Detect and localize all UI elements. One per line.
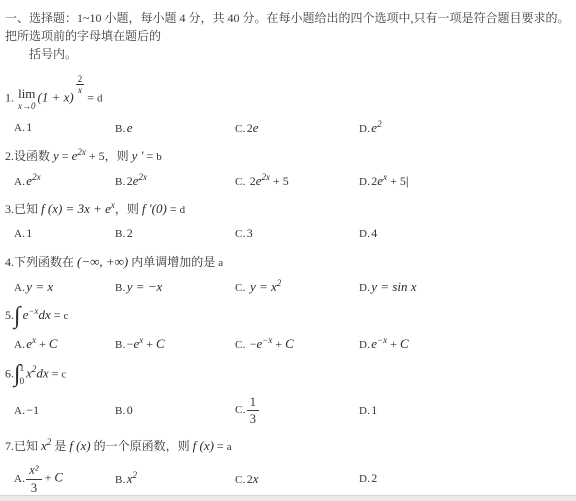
question: 2.设函数 y = e2x + 5，则 y ′ = bA.e2xB.2e2xC.… xyxy=(0,147,576,189)
superscript: x xyxy=(383,172,387,182)
option-b: B.0 xyxy=(115,403,235,419)
option-d: D.2 xyxy=(359,471,576,487)
option-label: C. xyxy=(235,404,246,416)
text-run: 6. xyxy=(5,366,14,380)
math-run: e xyxy=(127,120,133,135)
option-b: B.2e2x xyxy=(115,173,235,189)
text-run: + xyxy=(143,337,156,351)
option-label: C. xyxy=(235,282,246,294)
option-a: A.1 xyxy=(14,120,115,136)
math-run: x xyxy=(41,438,47,453)
text-run: 2 xyxy=(247,174,256,188)
integral-sign: ∫ xyxy=(14,306,21,326)
math-run: (1 + x) xyxy=(38,89,74,104)
option-label: D. xyxy=(359,473,370,485)
options-row: A.x²3 + CB.x2C.2xD.2 xyxy=(5,463,576,495)
math-run: C xyxy=(400,336,409,351)
math-run: y = x xyxy=(26,279,53,294)
text-run: + 5 xyxy=(270,174,289,188)
text-run: + xyxy=(36,337,49,351)
option-c: C.13 xyxy=(235,395,359,427)
option-b: B.y = −x xyxy=(115,279,235,295)
superscript: −x xyxy=(377,335,387,345)
superscript: x xyxy=(139,335,143,345)
document-page[interactable]: 一、选择题：1~10 小题，每小题 4 分，共 40 分。在每小题给出的四个选项… xyxy=(0,0,576,501)
text-run: 1 xyxy=(26,120,32,134)
math-run: f (x) xyxy=(193,438,214,453)
superscript: 2 xyxy=(277,278,282,288)
superscript: 2 xyxy=(32,364,37,374)
option-d: D.y = sin x xyxy=(359,279,576,295)
options-row: A.−1B.0C.13D.1 xyxy=(5,395,576,427)
section-header-line2: 括号内。 xyxy=(5,45,572,63)
typed-answer-letter: d xyxy=(97,92,103,104)
option-label: A. xyxy=(14,282,25,294)
bottom-scrollbar-track xyxy=(0,495,576,501)
text-run: = xyxy=(51,308,64,322)
typed-answer-letter: b xyxy=(156,151,162,163)
fraction-numerator: x² xyxy=(26,463,41,479)
integral: ∫10 xyxy=(14,363,24,386)
fraction: x²3 xyxy=(26,463,41,495)
option-d: D.4 xyxy=(359,226,576,242)
math-run: C xyxy=(156,336,165,351)
text-run: 是 xyxy=(51,439,69,453)
text-run: 1. xyxy=(5,90,17,104)
option-c: C.2e xyxy=(235,120,359,136)
math-run: e xyxy=(253,120,259,135)
text-run: 2 xyxy=(127,226,133,240)
question: 6.∫10x2dx = cA.−1B.0C.13D.1 xyxy=(0,363,576,427)
typed-answer-letter: a xyxy=(227,441,232,453)
question-stem: 5.∫e−xdx = c xyxy=(5,306,576,326)
option-d: D.e−x + C xyxy=(359,336,576,352)
option-label: A. xyxy=(14,473,25,485)
text-run: = xyxy=(167,202,180,216)
fraction-denominator: x xyxy=(76,85,85,95)
typed-answer-letter: c xyxy=(64,310,69,322)
text-run: + xyxy=(272,337,285,351)
text-run: − xyxy=(247,337,257,351)
options-row: A.1B.eC.2eD.e2 xyxy=(5,120,576,136)
superscript: 2x xyxy=(32,172,41,182)
option-label: C. xyxy=(235,339,246,351)
question-stem: 2.设函数 y = e2x + 5，则 y ′ = b xyxy=(5,147,576,164)
options-row: A.1B.2C.3D.4 xyxy=(5,226,576,242)
option-label: A. xyxy=(14,122,25,134)
integral: ∫ xyxy=(14,306,21,326)
option-c: C.2x xyxy=(235,471,359,487)
question-stem: 1. limx→0(1 + x)2x = d xyxy=(5,74,576,111)
fraction: 13 xyxy=(247,395,259,427)
option-label: D. xyxy=(359,176,370,188)
math-run: C xyxy=(285,336,294,351)
question: 4.下列函数在 (−∞, +∞) 内单调增加的是 aA.y = xB.y = −… xyxy=(0,253,576,295)
fraction: 2x xyxy=(76,74,85,96)
option-label: A. xyxy=(14,405,25,417)
section-header: 一、选择题：1~10 小题，每小题 4 分，共 40 分。在每小题给出的四个选项… xyxy=(0,0,576,63)
question-stem: 6.∫10x2dx = c xyxy=(5,363,576,386)
fraction-numerator: 1 xyxy=(247,395,259,411)
superscript: 2 xyxy=(132,470,137,480)
limit-operator: limx→0 xyxy=(18,87,36,111)
typed-answer-letter: a xyxy=(218,257,223,269)
option-label: D. xyxy=(359,339,370,351)
text-run: = xyxy=(144,149,157,163)
question: 3.已知 f (x) = 3x + ex，则 f ′(0) = dA.1B.2C… xyxy=(0,200,576,242)
section-header-line1: 一、选择题：1~10 小题，每小题 4 分，共 40 分。在每小题给出的四个选项… xyxy=(5,9,572,45)
text-run: 的一个原函数，则 xyxy=(91,439,193,453)
text-run: = xyxy=(84,90,97,104)
text-run: 7.已知 xyxy=(5,439,41,453)
option-b: B.−ex + C xyxy=(115,336,235,352)
text-run: 4.下列函数在 xyxy=(5,255,77,269)
text-run: 1 xyxy=(371,403,377,417)
question: 1. limx→0(1 + x)2x = dA.1B.eC.2eD.e2 xyxy=(0,74,576,136)
option-a: A.−1 xyxy=(14,403,115,419)
option-label: D. xyxy=(359,405,370,417)
math-run: f ′(0) xyxy=(142,201,167,216)
math-run: dx xyxy=(36,365,48,380)
option-label: A. xyxy=(14,228,25,240)
typed-answer-letter: c xyxy=(61,368,66,380)
math-run: (−∞, +∞) xyxy=(77,254,128,269)
math-run: y = −x xyxy=(127,279,163,294)
option-label: B. xyxy=(115,474,126,486)
question: 7.已知 x2 是 f (x) 的一个原函数，则 f (x) = aA.x²3 … xyxy=(0,437,576,495)
math-run: y = sin x xyxy=(371,279,416,294)
option-label: B. xyxy=(115,339,126,351)
option-label: D. xyxy=(359,282,370,294)
option-label: C. xyxy=(235,176,246,188)
option-a: A.x²3 + C xyxy=(14,463,115,495)
limit-subscript: x→0 xyxy=(18,102,36,111)
math-run: f (x) xyxy=(69,438,90,453)
fraction-denominator: 3 xyxy=(26,480,41,495)
superscript: 2x xyxy=(77,147,86,157)
text-run: 0 xyxy=(127,403,133,417)
math-run: x xyxy=(253,471,259,486)
text-run: + 5，则 xyxy=(86,149,132,163)
question: 5.∫e−xdx = cA.ex + CB.−ex + CC. −e−x + C… xyxy=(0,306,576,351)
superscript: x xyxy=(111,200,115,210)
integral-bounds: 10 xyxy=(20,363,25,386)
option-c: C. y = x2 xyxy=(235,279,359,295)
option-label: D. xyxy=(359,228,370,240)
superscript: 2 xyxy=(47,437,52,447)
superscript: x xyxy=(32,335,36,345)
math-run: x xyxy=(26,365,32,380)
text-run: = xyxy=(49,366,62,380)
option-d: D.e2 xyxy=(359,120,576,136)
option-a: A.ex + C xyxy=(14,336,115,352)
option-label: A. xyxy=(14,176,25,188)
math-run: dx xyxy=(38,307,50,322)
option-b: B.e xyxy=(115,120,235,136)
option-c: C. 2e2x + 5 xyxy=(235,173,359,189)
text-run: + xyxy=(42,471,55,485)
option-label: B. xyxy=(115,123,126,135)
option-label: C. xyxy=(235,474,246,486)
options-row: A.ex + CB.−ex + CC. −e−x + CD.e−x + C xyxy=(5,336,576,352)
option-label: C. xyxy=(235,123,246,135)
superscript: 2 xyxy=(377,119,382,129)
text-run: 2 xyxy=(371,471,377,485)
text-run: −1 xyxy=(26,403,39,417)
text-run: 4 xyxy=(371,226,377,240)
text-run: 1 xyxy=(26,226,32,240)
option-label: B. xyxy=(115,176,126,188)
text-run: 3 xyxy=(247,226,253,240)
math-run: C xyxy=(49,336,58,351)
option-label: C. xyxy=(235,228,246,240)
text-run: 内单调增加的是 xyxy=(128,255,218,269)
option-label: B. xyxy=(115,282,126,294)
fraction-numerator: 2 xyxy=(76,74,85,85)
fraction-denominator: 3 xyxy=(247,411,259,426)
question-stem: 7.已知 x2 是 f (x) 的一个原函数，则 f (x) = a xyxy=(5,437,576,454)
option-label: B. xyxy=(115,405,126,417)
text-run: = xyxy=(59,149,72,163)
options-row: A.y = xB.y = −xC. y = x2D.y = sin x xyxy=(5,279,576,295)
option-d: D.1 xyxy=(359,403,576,419)
question-stem: 4.下列函数在 (−∞, +∞) 内单调增加的是 a xyxy=(5,253,576,270)
math-run: f (x) = 3x + e xyxy=(41,201,111,216)
option-a: A.y = x xyxy=(14,279,115,295)
question-list: 1. limx→0(1 + x)2x = dA.1B.eC.2eD.e22.设函… xyxy=(0,74,576,495)
text-run: + 5 xyxy=(387,174,406,188)
question-stem: 3.已知 f (x) = 3x + ex，则 f ′(0) = d xyxy=(5,200,576,217)
text-run: = xyxy=(214,439,227,453)
math-run: y ′ xyxy=(132,148,144,163)
option-b: B.2 xyxy=(115,226,235,242)
option-b: B.x2 xyxy=(115,471,235,487)
option-a: A.e2x xyxy=(14,173,115,189)
limit-word: lim xyxy=(18,87,36,100)
superscript: −x xyxy=(28,306,38,316)
text-run: 2.设函数 xyxy=(5,149,53,163)
text-run: 3.已知 xyxy=(5,202,41,216)
text-run: ，则 xyxy=(115,202,142,216)
math-run: C xyxy=(54,470,63,485)
option-label: A. xyxy=(14,339,25,351)
option-label: D. xyxy=(359,123,370,135)
options-row: A.e2xB.2e2xC. 2e2x + 5D.2ex + 5| xyxy=(5,173,576,189)
text-run: + xyxy=(387,337,400,351)
superscript: −x xyxy=(262,335,272,345)
screen: { "page": { "background": "#ffffff", "te… xyxy=(0,0,576,501)
math-run: y = x xyxy=(247,279,277,294)
superscript: 2x xyxy=(138,172,147,182)
text-run: 5. xyxy=(5,308,14,322)
option-d: D.2ex + 5| xyxy=(359,173,576,189)
text-cursor: | xyxy=(406,173,409,188)
typed-answer-letter: d xyxy=(180,204,186,216)
option-c: C. −e−x + C xyxy=(235,336,359,352)
option-label: B. xyxy=(115,228,126,240)
superscript: 2x xyxy=(261,172,270,182)
option-c: C.3 xyxy=(235,226,359,242)
option-a: A.1 xyxy=(14,226,115,242)
integral-upper-bound: 1 xyxy=(20,363,25,373)
integral-lower-bound: 0 xyxy=(20,376,25,386)
